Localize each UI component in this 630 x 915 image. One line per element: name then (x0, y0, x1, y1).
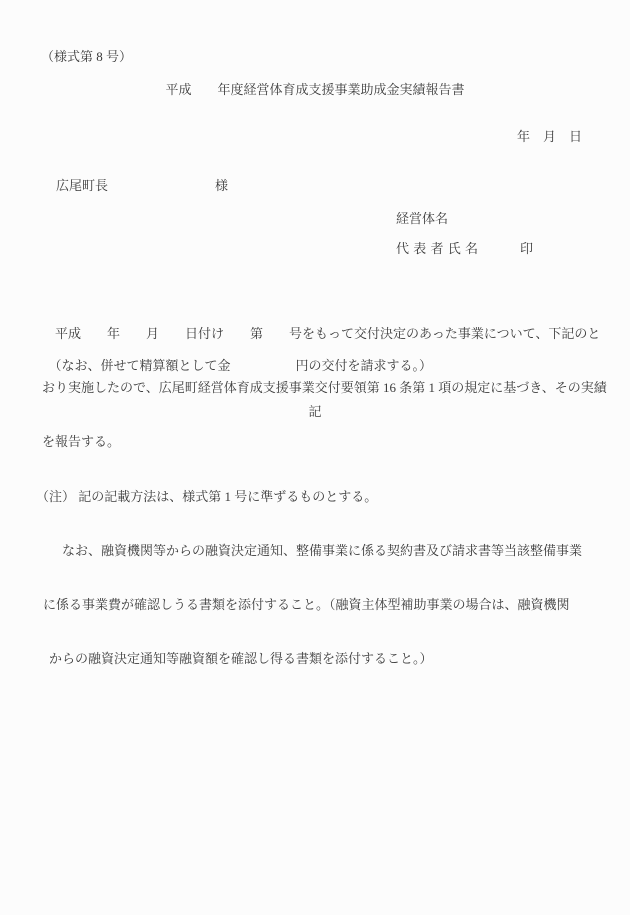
body-line: 平成 年 月 日付け 第 号をもって交付決定のあった事業について、下記のと (42, 325, 607, 343)
form-number-label: （様式第 8 号） (41, 48, 132, 66)
ki-heading: 記 (0, 403, 630, 421)
representative-name-label: 代 表 者 氏 名 (396, 240, 479, 258)
seal-label: 印 (520, 240, 533, 258)
body-line: を報告する。 (42, 433, 607, 451)
settlement-request-line: （なお、併せて精算額として金 円の交付を請求する。） (42, 357, 432, 375)
notes-block: （注） 記の記載方法は、様式第 1 号に準ずるものとする。 なお、融資機関等から… (0, 452, 630, 704)
body-line: おり実施したので、広尾町経営体育成支援事業交付要領第 16 条第 1 項の規定に… (42, 379, 607, 397)
note-line: からの融資決定通知等融資額を確認し得る書類を添付すること。） (49, 650, 630, 668)
date-line: 年 月 日 (517, 128, 582, 146)
note-line: （注） 記の記載方法は、様式第 1 号に準ずるものとする。 (36, 488, 630, 506)
note-line: なお、融資機関等からの融資決定通知、整備事業に係る契約書及び請求書等当該整備事業 (62, 542, 630, 560)
entity-name-label: 経営体名 (396, 210, 448, 228)
addressee-name: 広尾町長 (56, 177, 108, 195)
document-title: 平成 年度経営体育成支援事業助成金実績報告書 (0, 81, 630, 99)
note-line: に係る事業費が確認しうる書類を添付すること。（融資主体型補助事業の場合は、融資機… (43, 596, 630, 614)
document-page: （様式第 8 号） 平成 年度経営体育成支援事業助成金実績報告書 年 月 日 広… (0, 0, 630, 915)
addressee-honorific: 様 (215, 177, 228, 195)
